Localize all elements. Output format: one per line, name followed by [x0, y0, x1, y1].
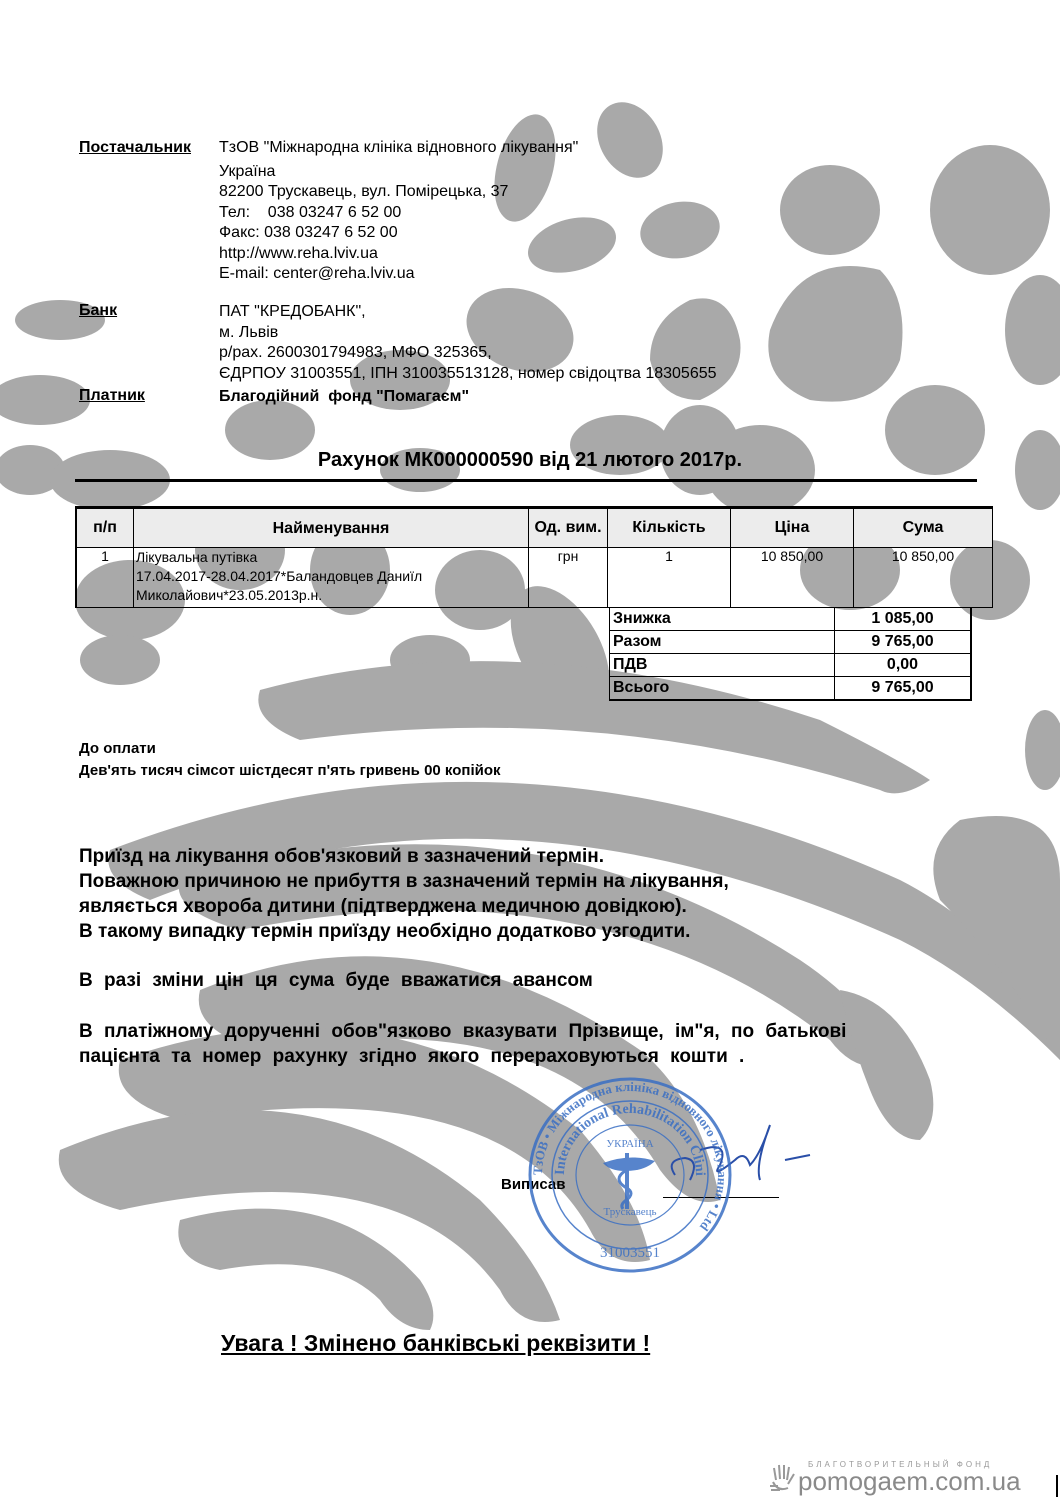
vat-value: 0,00	[835, 654, 972, 677]
header-name: Найменування	[134, 508, 529, 548]
note-line: Приїзд на лікування обов'язковий в зазна…	[79, 844, 729, 869]
row-num: 1	[76, 548, 134, 608]
bank-account: р/рах. 2600301794983, МФО 325365,	[219, 343, 717, 364]
stamp-city: Трускавець	[603, 1206, 656, 1218]
note-line: Поважною причиною не прибуття в зазначен…	[79, 869, 729, 894]
bank-label: Банк	[79, 302, 117, 320]
totals-table: Знижка 1 085,00 Разом 9 765,00 ПДВ 0,00 …	[609, 607, 972, 701]
footer-site-link[interactable]: pomogaem.com.ua	[798, 1466, 1021, 1497]
payment-amount-words: Дев'ять тисяч сімсот шістдесят п'ять гри…	[79, 762, 501, 779]
payer-label: Платник	[79, 387, 145, 405]
row-qty: 1	[608, 548, 731, 608]
subtotal-label: Разом	[610, 631, 835, 654]
payment-label: До оплати	[79, 740, 156, 757]
total-value: 9 765,00	[835, 677, 972, 701]
invoice-title: Рахунок МК000000590 від 21 лютого 2017р.	[0, 449, 1060, 472]
note-line: пацієнта та номер рахунку згідно якого п…	[79, 1044, 846, 1069]
supplier-country: Україна	[219, 162, 578, 183]
supplier-label: Постачальник	[79, 139, 191, 157]
row-price: 10 850,00	[731, 548, 854, 608]
header-num: п/п	[76, 508, 134, 548]
caduceus-icon	[603, 1153, 655, 1209]
stamp-country: УКРАЇНА	[606, 1138, 653, 1150]
note-line: В такому випадку термін приїзду необхідн…	[79, 919, 729, 944]
header-sum: Сума	[854, 508, 993, 548]
vat-label: ПДВ	[610, 654, 835, 677]
bank-codes: ЄДРПОУ 31003551, ІПН 310035513128, номер…	[219, 364, 717, 385]
supplier-email-link[interactable]: E-mail: center@reha.lviv.ua	[219, 264, 578, 285]
payer-name: Благодійний фонд "Помагаєм"	[219, 387, 469, 408]
header-price: Ціна	[731, 508, 854, 548]
bank-details: ПАТ "КРЕДОБАНК", м. Львів р/рах. 2600301…	[219, 302, 717, 384]
note-line: В платіжному дорученні обов"язково вказу…	[79, 1019, 846, 1044]
row-name-line: Лікувальна путівка	[136, 548, 526, 567]
title-rule	[75, 479, 977, 482]
table-header-row: п/п Найменування Од. вим. Кількість Ціна…	[76, 508, 993, 548]
row-name-line: Миколайович*23.05.2013р.н.	[136, 586, 526, 605]
discount-label: Знижка	[610, 608, 835, 631]
bank-details-changed-warning: Увага ! Змінено банківські реквізити !	[221, 1330, 650, 1357]
supplier-phone: Тел: 038 03247 6 52 00	[219, 203, 578, 224]
header-unit: Од. вим.	[529, 508, 608, 548]
supplier-website-link[interactable]: http://www.reha.lviv.ua	[219, 244, 578, 265]
stamp-code: 31003551	[600, 1245, 660, 1261]
company-stamp: ТзОВ • Міжнародна клініка відновного лік…	[525, 1075, 735, 1275]
row-name: Лікувальна путівка 17.04.2017-28.04.2017…	[134, 548, 529, 608]
arrival-note: Приїзд на лікування обов'язковий в зазна…	[79, 844, 729, 944]
totals-row-subtotal: Разом 9 765,00	[610, 631, 972, 654]
row-sum: 10 850,00	[854, 548, 993, 608]
discount-value: 1 085,00	[835, 608, 972, 631]
bank-name: ПАТ "КРЕДОБАНК",	[219, 302, 717, 323]
total-label: Всього	[610, 677, 835, 701]
supplier-name: ТзОВ "Міжнародна клініка відновного ліку…	[219, 138, 578, 159]
table-row: 1 Лікувальна путівка 17.04.2017-28.04.20…	[76, 548, 993, 608]
payment-order-note: В платіжному дорученні обов"язково вказу…	[79, 1019, 846, 1069]
row-name-line: 17.04.2017-28.04.2017*Баландовцев Даниїл	[136, 567, 526, 586]
supplier-fax: Факс: 038 03247 6 52 00	[219, 223, 578, 244]
header-qty: Кількість	[608, 508, 731, 548]
row-unit: грн	[529, 548, 608, 608]
hand-icon	[768, 1462, 798, 1494]
bank-city: м. Львів	[219, 323, 717, 344]
supplier-details: ТзОВ "Міжнародна клініка відновного ліку…	[219, 138, 578, 285]
totals-row-vat: ПДВ 0,00	[610, 654, 972, 677]
supplier-address: 82200 Трускавець, вул. Помірецька, 37	[219, 182, 578, 203]
note-line: являється хвороба дитини (підтверджена м…	[79, 894, 729, 919]
items-table: п/п Найменування Од. вим. Кількість Ціна…	[75, 506, 993, 608]
totals-row-discount: Знижка 1 085,00	[610, 608, 972, 631]
advance-note: В разі зміни цін ця сума буде вважатися …	[79, 968, 593, 993]
footer-edge-rule	[1056, 1475, 1058, 1497]
totals-row-total: Всього 9 765,00	[610, 677, 972, 701]
subtotal-value: 9 765,00	[835, 631, 972, 654]
